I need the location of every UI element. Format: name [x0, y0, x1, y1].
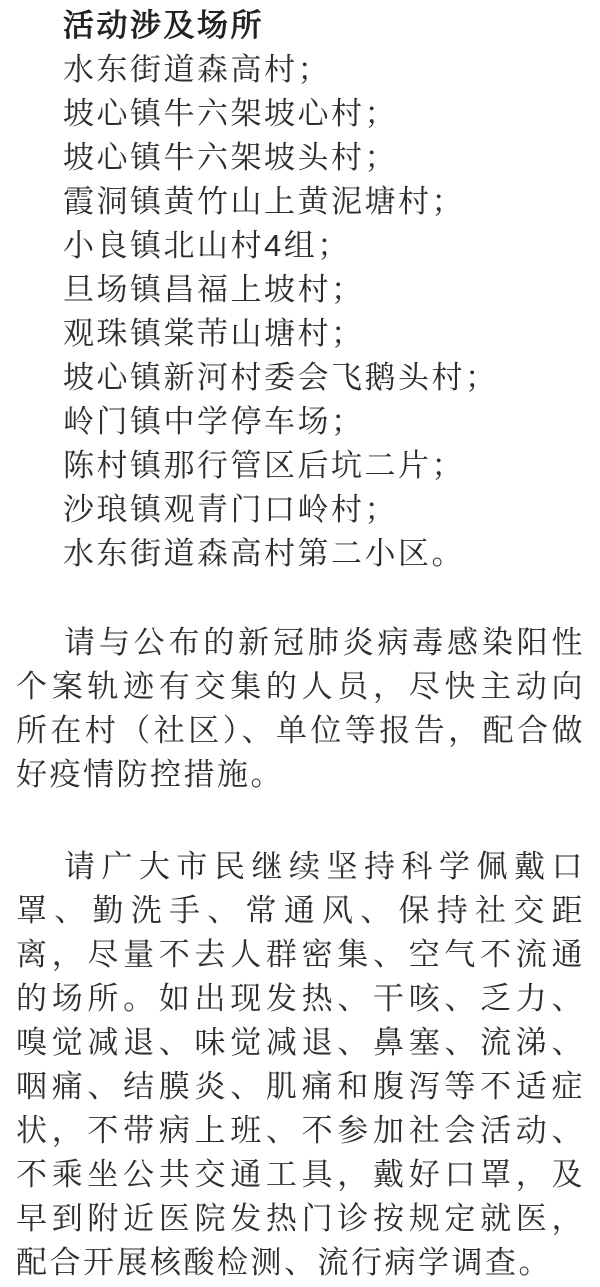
paragraph-spacer [0, 797, 600, 845]
venue-item: 水东街道森高村； [63, 48, 586, 92]
venue-item: 旦场镇昌福上坡村； [63, 268, 586, 312]
article-page: 活动涉及场所 水东街道森高村； 坡心镇牛六架坡心村； 坡心镇牛六架坡头村； 霞洞… [0, 0, 600, 1287]
venue-item: 观珠镇棠芾山塘村； [63, 312, 586, 356]
notice-paragraph-prevention: 请广大市民继续坚持科学佩戴口罩、勤洗手、常通风、保持社交距离，尽量不去人群密集、… [0, 845, 600, 1285]
venue-item: 小良镇北山村4组； [63, 224, 586, 268]
venue-item: 岭门镇中学停车场； [63, 400, 586, 444]
section-spacer [0, 576, 600, 621]
venue-item: 陈村镇那行管区后坑二片； [63, 444, 586, 488]
venue-item: 坡心镇牛六架坡心村； [63, 92, 586, 136]
venue-item: 坡心镇新河村委会飞鹅头村； [63, 356, 586, 400]
section-title: 活动涉及场所 [63, 4, 586, 48]
venue-item: 坡心镇牛六架坡头村； [63, 136, 586, 180]
venue-item: 水东街道森高村第二小区。 [63, 532, 586, 576]
venue-item: 霞洞镇黄竹山上黄泥塘村； [63, 180, 586, 224]
venues-section: 活动涉及场所 水东街道森高村； 坡心镇牛六架坡心村； 坡心镇牛六架坡头村； 霞洞… [0, 4, 600, 576]
notice-paragraph-report: 请与公布的新冠肺炎病毒感染阳性个案轨迹有交集的人员，尽快主动向所在村（社区）、单… [0, 621, 600, 797]
venue-item: 沙琅镇观青门口岭村； [63, 488, 586, 532]
